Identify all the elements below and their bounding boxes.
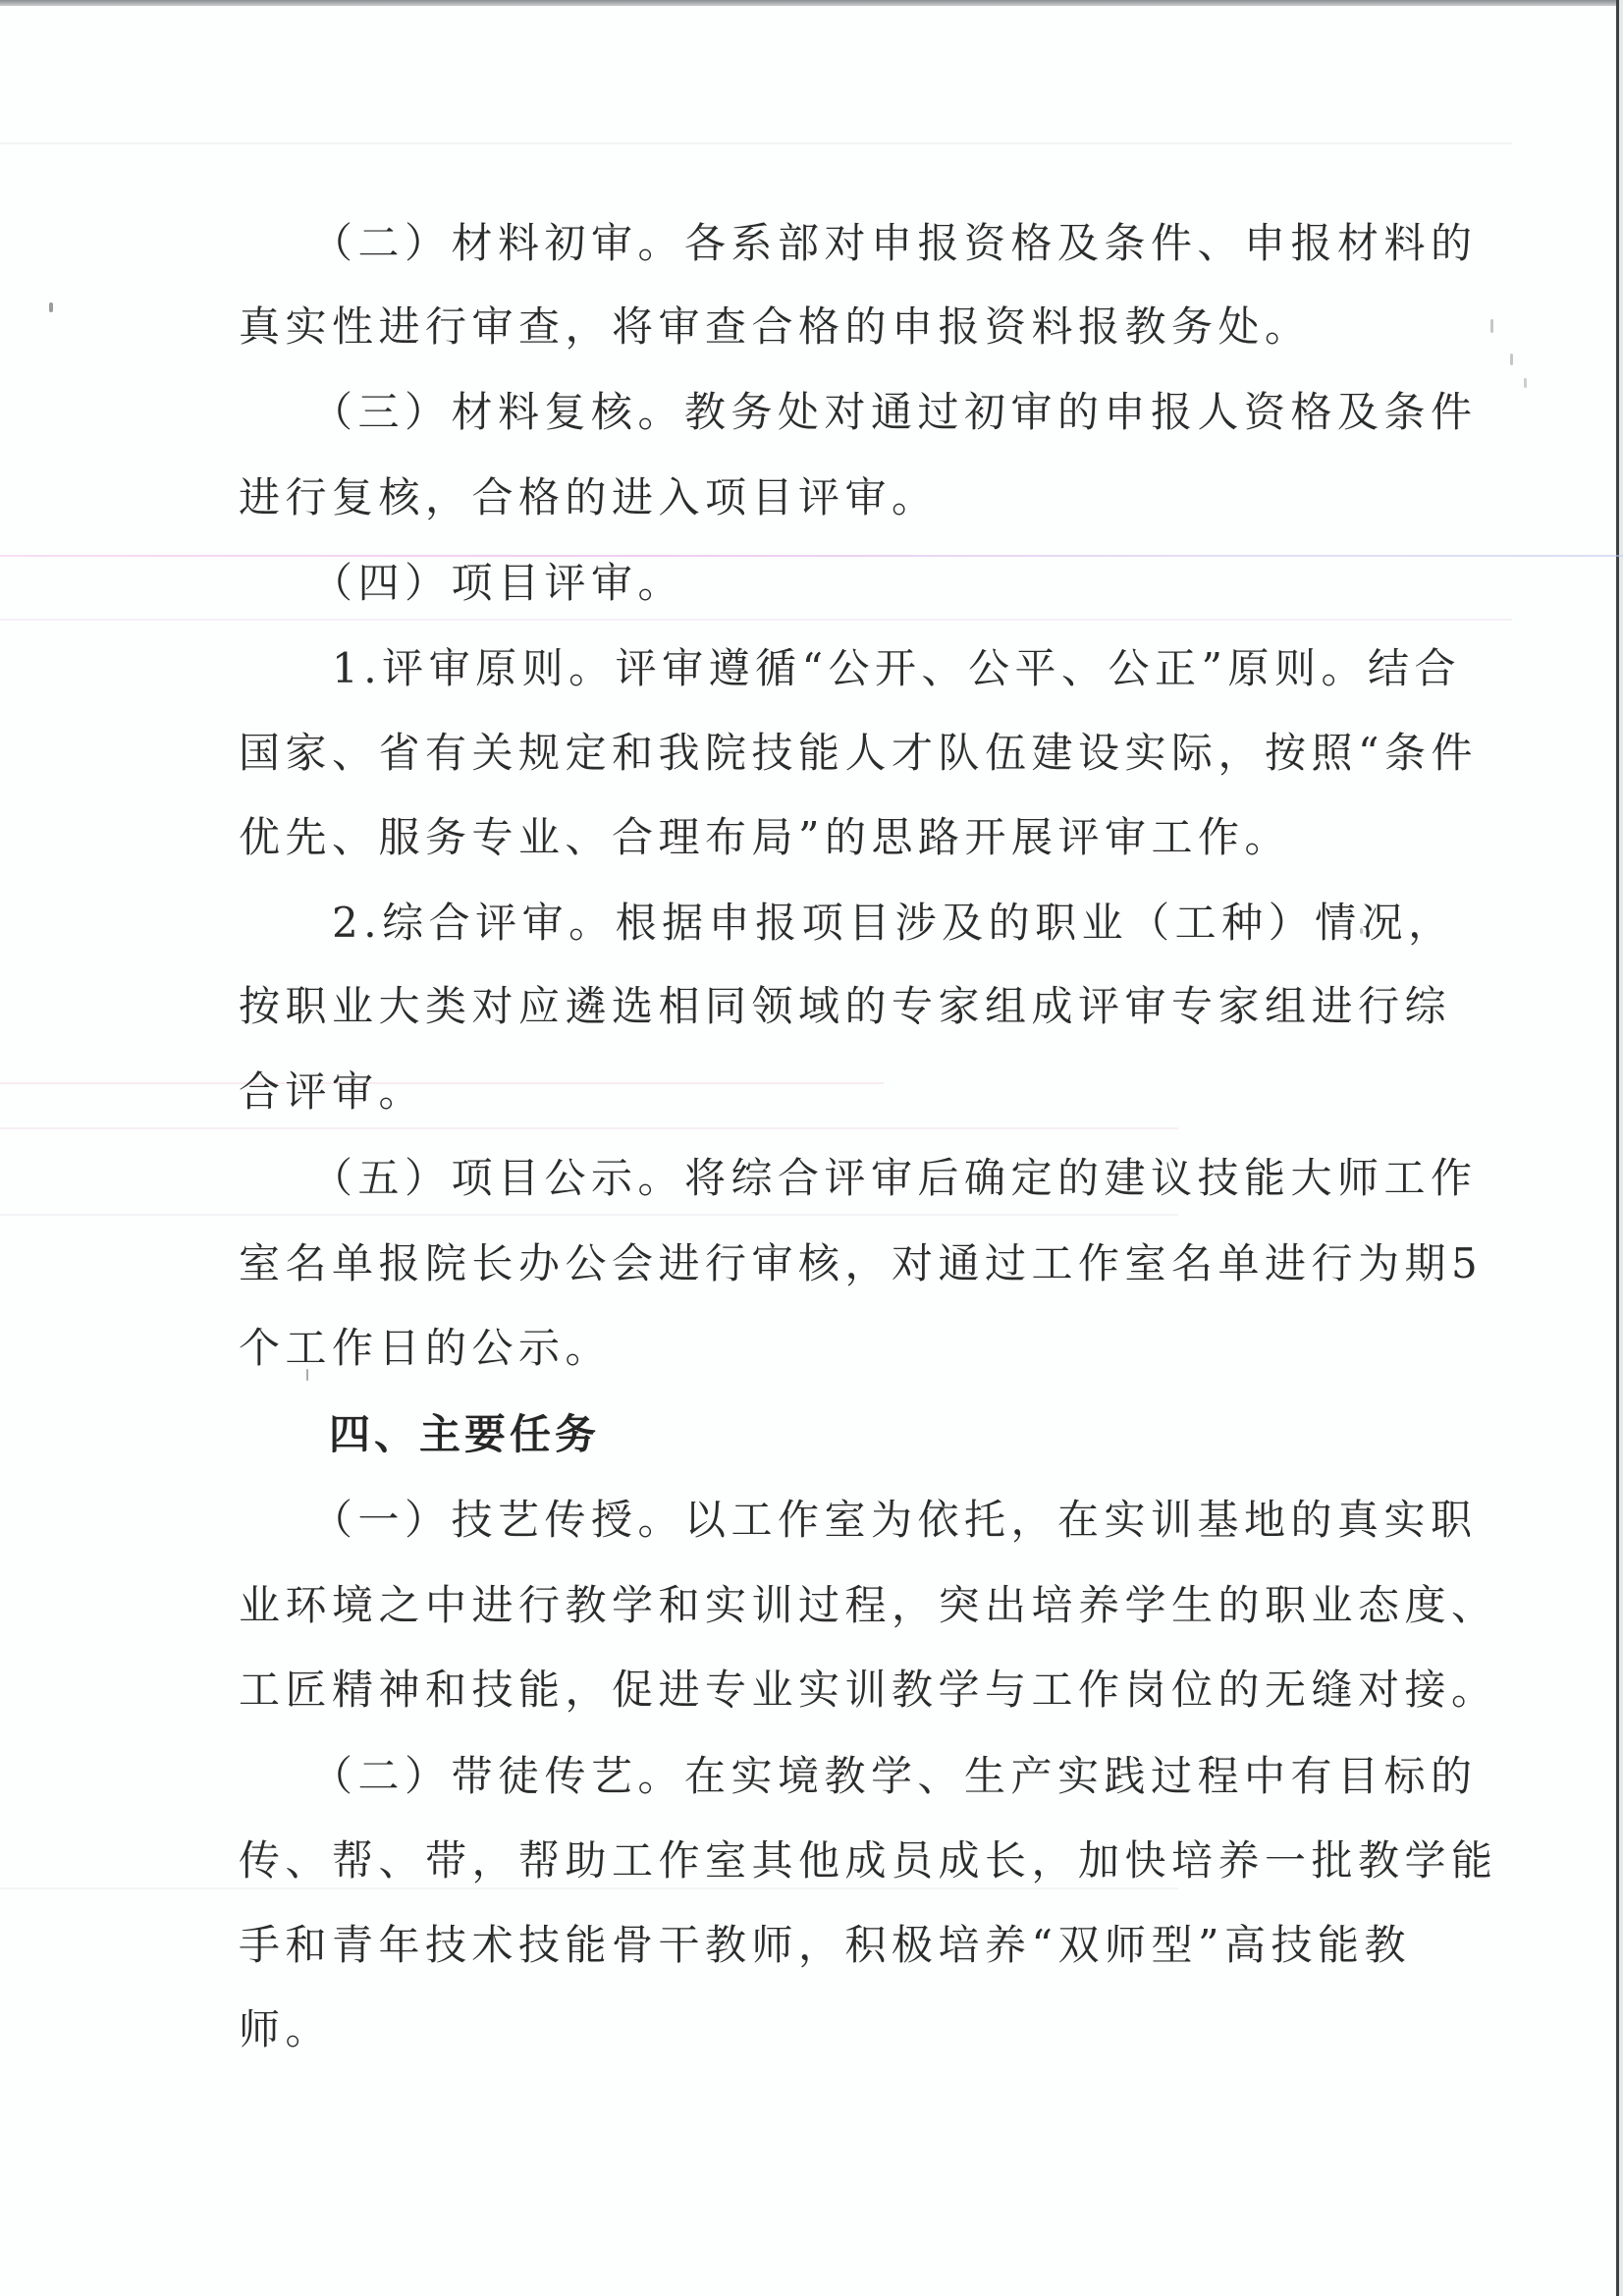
paragraph-line: 室名单报院长办公会进行审核，对通过工作室名单进行为期5: [239, 1222, 1483, 1306]
paragraph-line: （五）项目公示。将综合评审后确定的建议技能大师工作: [239, 1136, 1478, 1221]
paragraph-line: 优先、服务专业、合理布局”的思路开展评审工作。: [239, 795, 1291, 880]
paragraph-line: （四）项目评审。: [239, 541, 684, 626]
paragraph-line: 工匠精神和技能，促进专业实训教学与工作岗位的无缝对接。: [239, 1648, 1498, 1732]
paragraph-line: （二）带徒传艺。在实境教学、生产实践过程中有目标的: [239, 1734, 1478, 1819]
paragraph-line: 师。: [239, 1988, 332, 2072]
paragraph-line: 传、帮、带，帮助工作室其他成员成长，加快培养一批教学能: [239, 1819, 1498, 1903]
paragraph-line: 进行复核，合格的进入项目评审。: [239, 456, 939, 540]
scan-speck: [49, 302, 53, 312]
paragraph-line: （三）材料复核。教务处对通过初审的申报人资格及条件: [239, 370, 1478, 455]
scan-artifact-line: [0, 1127, 1178, 1129]
paragraph-line: （一）技艺传授。以工作室为依托，在实训基地的真实职: [239, 1478, 1478, 1562]
paragraph-line: 1.评审原则。评审遵循“公开、公平、公正”原则。结合: [239, 627, 1461, 711]
page-right-shade: [1619, 0, 1623, 2296]
page-right-edge: [1616, 0, 1619, 2296]
scan-speck: [1510, 354, 1513, 365]
scan-artifact-line: [0, 1082, 884, 1084]
scan-speck: [1490, 319, 1493, 333]
paragraph-line: 真实性进行审查，将审查合格的申报资料报教务处。: [239, 285, 1312, 369]
scan-speck: [1524, 378, 1527, 388]
paragraph-line: 合评审。: [239, 1050, 425, 1134]
scanned-page: （二）材料初审。各系部对申报资格及条件、申报材料的 真实性进行审查，将审查合格的…: [0, 0, 1623, 2296]
page-top-edge: [0, 0, 1623, 6]
paragraph-line: 手和青年技术技能骨干教师，积极培养“双师型”高技能教: [239, 1903, 1411, 1988]
paragraph-line: 2.综合评审。根据申报项目涉及的职业（工种）情况，: [239, 881, 1455, 965]
section-heading: 四、主要任务: [239, 1393, 600, 1477]
paragraph-line: （二）材料初审。各系部对申报资格及条件、申报材料的: [239, 201, 1478, 286]
paragraph-line: 国家、省有关规定和我院技能人才队伍建设实际，按照“条件: [239, 711, 1478, 795]
scan-artifact-line: [0, 619, 1512, 621]
paragraph-line: 业环境之中进行教学和实训过程，突出培养学生的职业态度、: [239, 1563, 1498, 1648]
scan-artifact-line: [0, 142, 1512, 144]
paragraph-line: 按职业大类对应遴选相同领域的专家组成评审专家组进行综: [239, 964, 1451, 1049]
paragraph-line: 个工作日的公示。: [239, 1306, 612, 1391]
